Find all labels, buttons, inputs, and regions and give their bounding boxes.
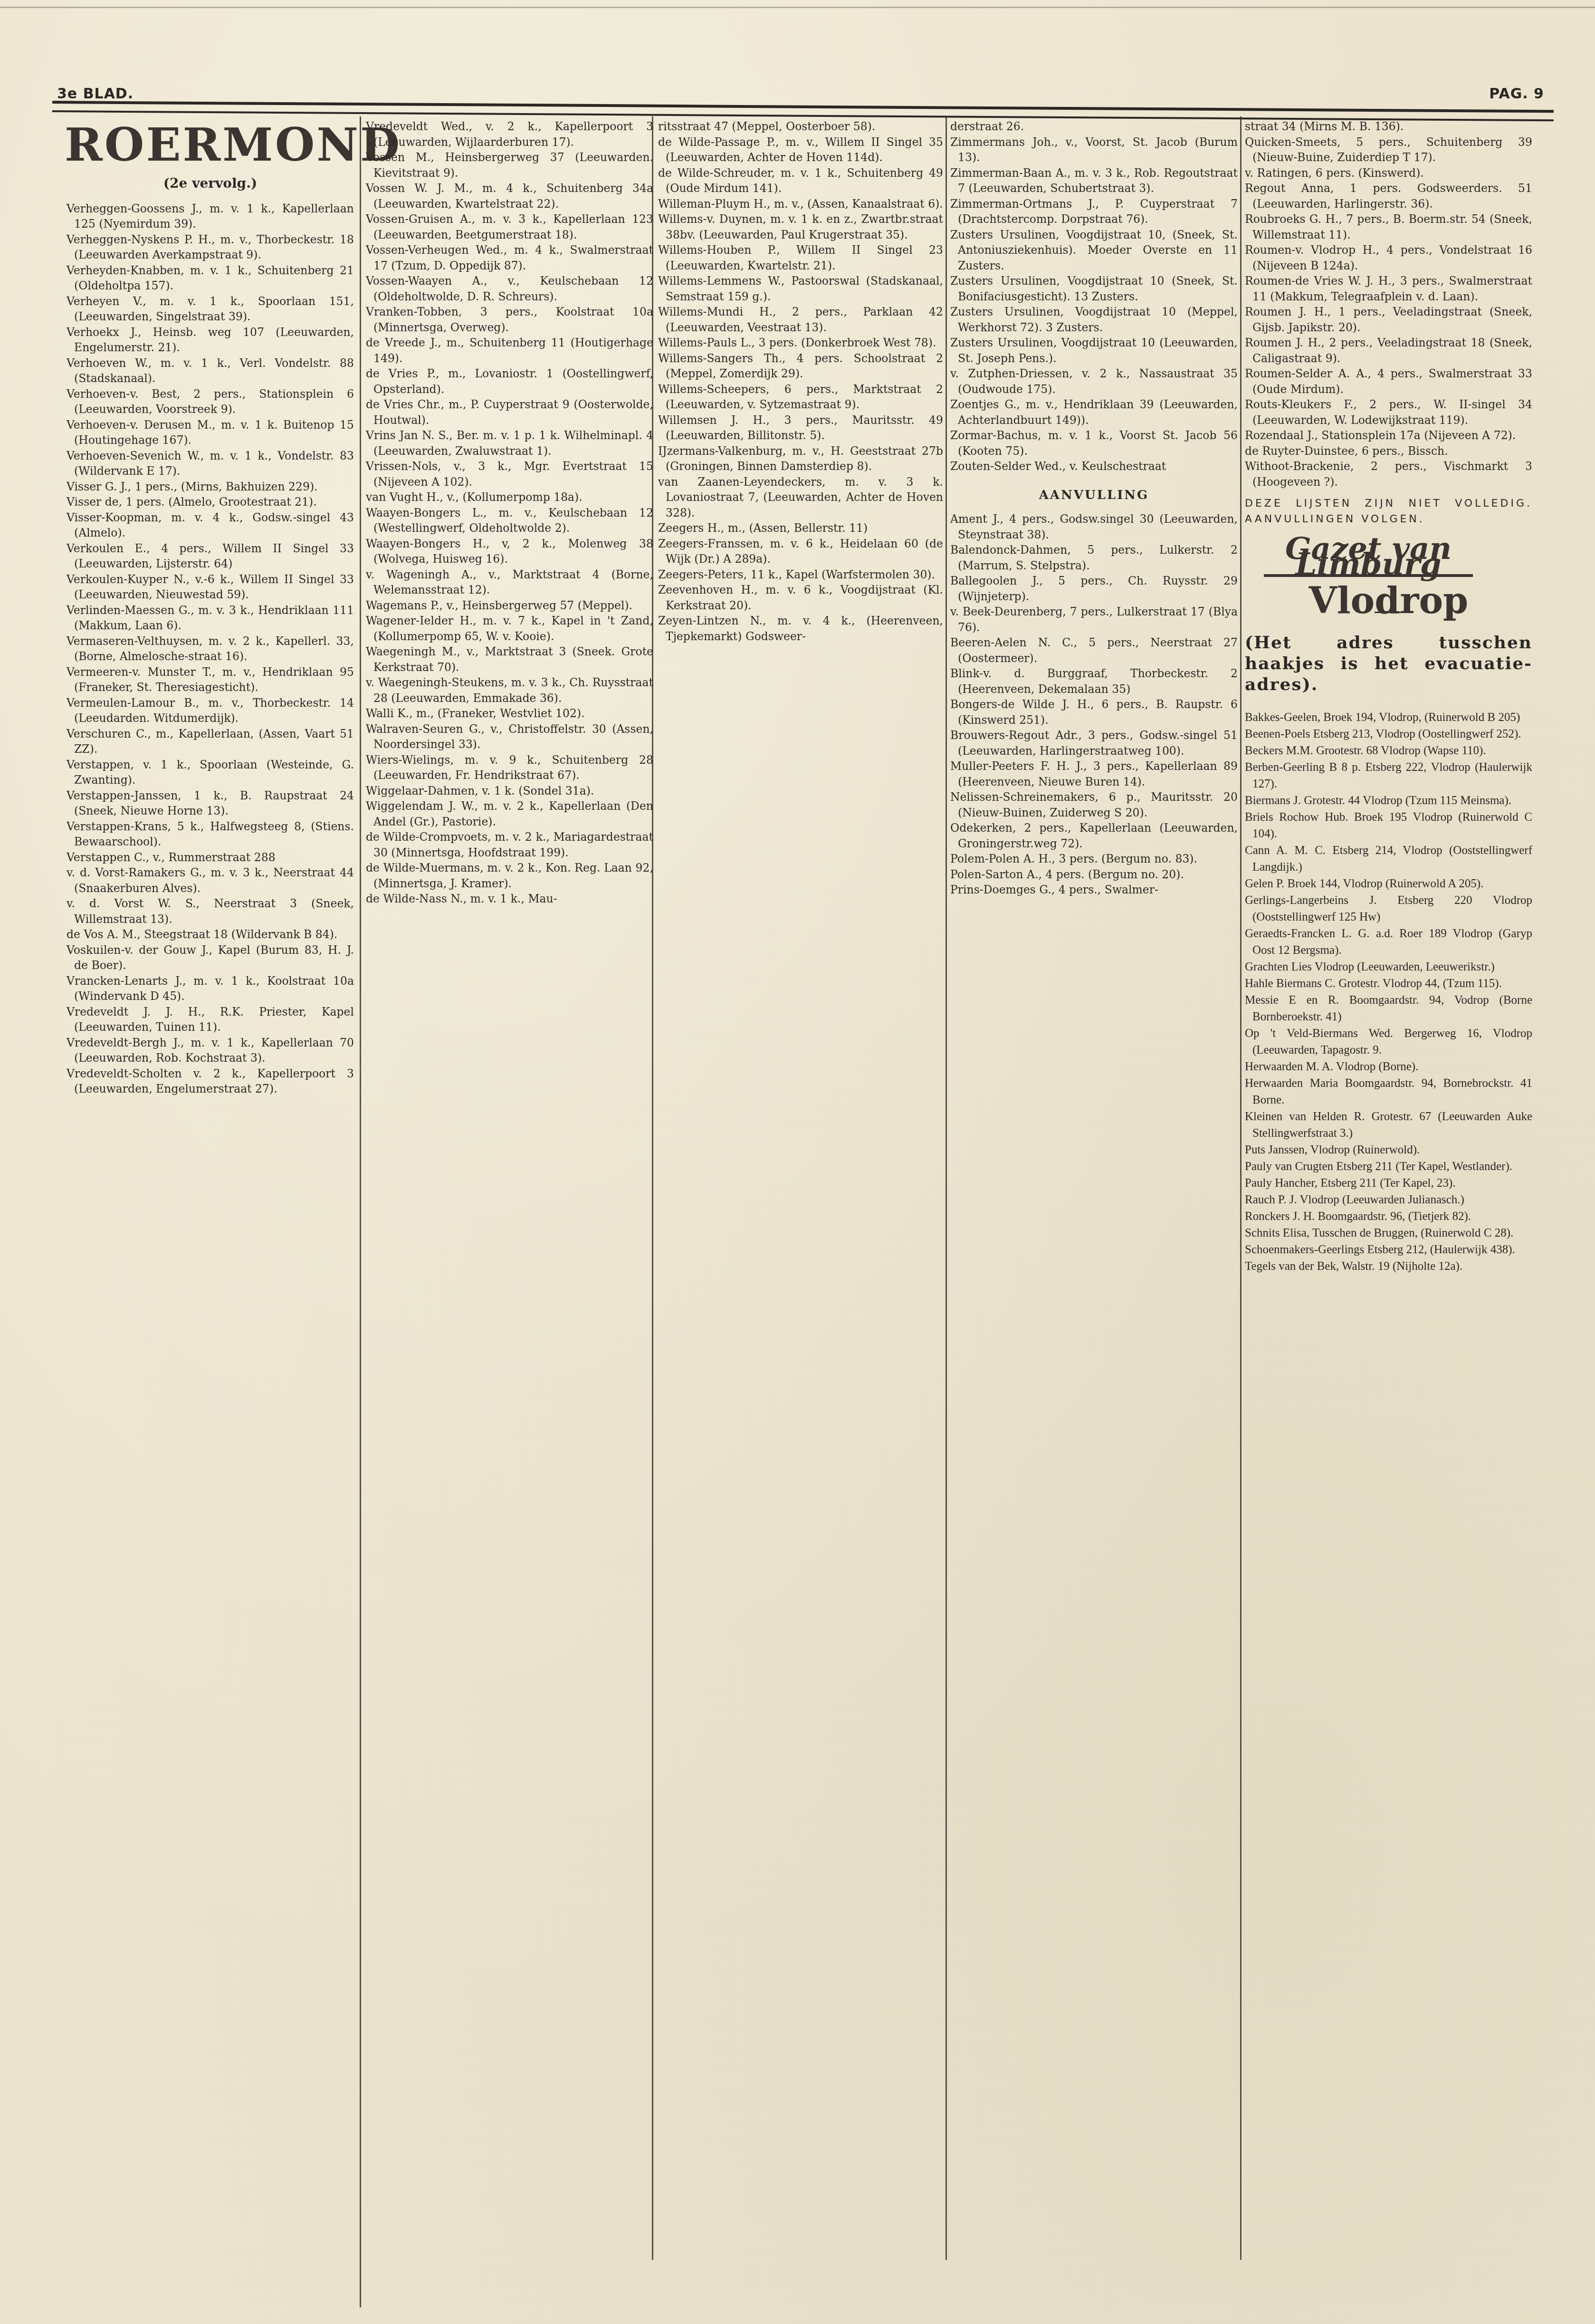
list-entry: Prins-Doemges G., 4 pers., Swalmer- xyxy=(950,882,1238,898)
list-entry: van Vught H., v., (Kollumerpomp 18a). xyxy=(366,490,653,505)
list-entry: Visser G. J., 1 pers., (Mirns, Bakhuizen… xyxy=(67,479,354,495)
list-entry: Cann A. M. C. Etsberg 214, Vlodrop (Oost… xyxy=(1245,842,1532,875)
list-entry: Herwaarden Maria Boomgaardstr. 94, Borne… xyxy=(1245,1075,1532,1108)
list-entry: de Ruyter-Duinstee, 6 pers., Bissch. xyxy=(1245,443,1532,459)
list-entry: Beenen-Poels Etsberg 213, Vlodrop (Ooste… xyxy=(1245,726,1532,742)
list-entry: Willems-Pauls L., 3 pers. (Donkerbroek W… xyxy=(658,335,943,351)
entry-list: straat 34 (Mirns M. B. 136).Quicken-Smee… xyxy=(1245,119,1532,490)
list-entry: Zormar-Bachus, m. v. 1 k., Voorst St. Ja… xyxy=(950,428,1238,459)
list-entry: Wagener-Ielder H., m. v. 7 k., Kapel in … xyxy=(366,613,653,644)
list-entry: Verheyen V., m. v. 1 k., Spoorlaan 151, … xyxy=(67,294,354,325)
list-entry: Vredeveldt-Bergh J., m. v. 1 k., Kapelle… xyxy=(67,1035,354,1066)
list-entry: Roumen-de Vries W. J. H., 3 pers., Swalm… xyxy=(1245,273,1532,304)
list-entry: Verstappen-Krans, 5 k., Halfwegsteeg 8, … xyxy=(67,819,354,850)
list-entry: Walli K., m., (Franeker, Westvliet 102). xyxy=(366,706,653,721)
list-entry: Willems-Houben P., Willem II Singel 23 (… xyxy=(658,242,943,273)
list-entry: Wiggelaar-Dahmen, v. 1 k. (Sondel 31a). xyxy=(366,783,653,799)
list-entry: Vossen-Waayen A., v., Keulschebaan 12 (O… xyxy=(366,273,653,304)
list-entry: de Wilde-Nass N., m. v. 1 k., Mau- xyxy=(366,891,653,907)
list-entry: de Vos A. M., Steegstraat 18 (Wildervank… xyxy=(67,927,354,942)
list-entry: Gelen P. Broek 144, Vlodrop (Ruinerwold … xyxy=(1245,875,1532,892)
section-title-roermond: ROERMOND xyxy=(65,119,354,171)
list-entry: Vermeulen-Lamour B., m. v., Thorbeckestr… xyxy=(67,695,354,726)
list-entry: Verkoulen E., 4 pers., Willem II Singel … xyxy=(67,541,354,572)
list-entry: v. Ratingen, 6 pers. (Kinswerd). xyxy=(1245,165,1532,181)
newspaper-page: 3e BLAD. PAG. 9 ROERMOND (2e vervolg.) V… xyxy=(0,0,1595,2324)
entry-list: Verheggen-Goossens J., m. v. 1 k., Kapel… xyxy=(67,201,354,1097)
list-entry: Zeevenhoven H., m. v. 6 k., Voogdijstraa… xyxy=(658,582,943,613)
list-entry: Bongers-de Wilde J. H., 6 pers., B. Raup… xyxy=(950,697,1238,728)
list-entry: Vrins Jan N. S., Ber. m. v. 1 p. 1 k. Wi… xyxy=(366,428,653,459)
list-entry: Visser-Koopman, m. v. 4 k., Godsw.-singe… xyxy=(67,510,354,541)
list-entry: Schnits Elisa, Tusschen de Bruggen, (Rui… xyxy=(1245,1225,1532,1241)
list-entry: de Wilde-Schreuder, m. v. 1 k., Schuiten… xyxy=(658,165,943,196)
list-entry: de Vreede J., m., Schuitenberg 11 (Houti… xyxy=(366,335,653,366)
list-entry: Verhoeven-Sevenich W., m. v. 1 k., Vonde… xyxy=(67,448,354,479)
list-entry: Zimmerman-Ortmans J., P. Cuyperstraat 7 … xyxy=(950,196,1238,227)
list-entry: Hahle Biermans C. Grotestr. Vlodrop 44, … xyxy=(1245,975,1532,992)
list-entry: Puts Janssen, Vlodrop (Ruinerwold). xyxy=(1245,1142,1532,1158)
list-entry: Roumen-v. Vlodrop H., 4 pers., Vondelstr… xyxy=(1245,242,1532,273)
list-entry: Willems-Lemmens W., Pastoorswal (Stadska… xyxy=(658,273,943,304)
list-entry: Zusters Ursulinen, Voogdijstraat 10 (Lee… xyxy=(950,335,1238,366)
section-head-aanvulling: AANVULLING xyxy=(950,488,1238,503)
section-title-vlodrop: Vlodrop xyxy=(1245,593,1532,609)
list-entry: Verhoekx J., Heinsb. weg 107 (Leeuwarden… xyxy=(67,325,354,355)
list-entry: Pauly Hancher, Etsberg 211 (Ter Kapel, 2… xyxy=(1245,1175,1532,1191)
list-entry: Vrancken-Lenarts J., m. v. 1 k., Koolstr… xyxy=(67,973,354,1004)
list-entry: Voskuilen-v. der Gouw J., Kapel (Burum 8… xyxy=(67,942,354,973)
list-entry: v. Zutphen-Driessen, v. 2 k., Nassaustra… xyxy=(950,366,1238,397)
list-entry: Briels Rochow Hub. Broek 195 Vlodrop (Ru… xyxy=(1245,809,1532,842)
list-entry: v. Wageningh A., v., Marktstraat 4 (Born… xyxy=(366,567,653,598)
list-entry: Brouwers-Regout Adr., 3 pers., Godsw.-si… xyxy=(950,728,1238,759)
list-entry: Vossen-Verheugen Wed., m. 4 k., Swalmers… xyxy=(366,242,653,273)
list-entry: Berben-Geerling B 8 p. Etsberg 222, Vlod… xyxy=(1245,759,1532,792)
list-entry: Verstappen C., v., Rummerstraat 288 xyxy=(67,850,354,865)
list-entry: Geraedts-Francken L. G. a.d. Roer 189 Vl… xyxy=(1245,925,1532,959)
list-entry: v. Beek-Deurenberg, 7 pers., Lulkerstraa… xyxy=(950,604,1238,635)
vlodrop-entry-list: Bakkes-Geelen, Broek 194, Vlodrop, (Ruin… xyxy=(1245,709,1532,1275)
list-entry: Verschuren C., m., Kapellerlaan, (Assen,… xyxy=(67,726,354,757)
list-entry: Vredeveldt Wed., v. 2 k., Kapellerpoort … xyxy=(366,119,653,150)
page-number: PAG. 9 xyxy=(1489,86,1544,102)
list-entry: Beckers M.M. Grootestr. 68 Vlodrop (Waps… xyxy=(1245,742,1532,759)
list-entry: Zoentjes G., m. v., Hendriklaan 39 (Leeu… xyxy=(950,397,1238,428)
list-entry: Verhoeven W., m. v. 1 k., Verl. Vondelst… xyxy=(67,355,354,386)
list-entry: Vossen-Gruisen A., m. v. 3 k., Kapellerl… xyxy=(366,211,653,242)
list-entry: Muller-Peeters F. H. J., 3 pers., Kapell… xyxy=(950,759,1238,789)
list-entry: Vossen W. J. M., m. 4 k., Schuitenberg 3… xyxy=(366,181,653,211)
list-entry: Bakkes-Geelen, Broek 194, Vlodrop, (Ruin… xyxy=(1245,709,1532,726)
list-entry: Zimmerman-Baan A., m. v. 3 k., Rob. Rego… xyxy=(950,165,1238,196)
list-entry: Pauly van Crugten Etsberg 211 (Ter Kapel… xyxy=(1245,1158,1532,1175)
list-entry: Visser de, 1 pers. (Almelo, Grootestraat… xyxy=(67,494,354,510)
list-entry: ritsstraat 47 (Meppel, Oosterboer 58). xyxy=(658,119,943,134)
list-entry: Wagemans P., v., Heinsbergerweg 57 (Mepp… xyxy=(366,598,653,614)
column-2: Vredeveldt Wed., v. 2 k., Kapellerpoort … xyxy=(366,119,653,907)
list-entry: Polen-Sarton A., 4 pers. (Bergum no. 20)… xyxy=(950,867,1238,883)
list-entry: Zeyen-Lintzen N., m. v. 4 k., (Heerenvee… xyxy=(658,613,943,644)
list-entry: Quicken-Smeets, 5 pers., Schuitenberg 39… xyxy=(1245,134,1532,165)
list-entry: Willemsen J. H., 3 pers., Mauritsstr. 49… xyxy=(658,413,943,443)
list-entry: Regout Anna, 1 pers. Godsweerders. 51 (L… xyxy=(1245,181,1532,211)
list-entry: Grachten Lies Vlodrop (Leeuwarden, Leeuw… xyxy=(1245,959,1532,975)
list-entry: de Wilde-Passage P., m. v., Willem II Si… xyxy=(658,134,943,165)
list-entry: Rozendaal J., Stationsplein 17a (Nijevee… xyxy=(1245,428,1532,443)
list-entry: Verheggen-Nyskens P. H., m. v., Thorbeck… xyxy=(67,232,354,263)
list-entry: Vossen M., Heinsbergerweg 37 (Leeuwarden… xyxy=(366,150,653,181)
list-entry: v. Waegeningh-Steukens, m. v. 3 k., Ch. … xyxy=(366,675,653,706)
list-entry: Waayen-Bongers H., v, 2 k., Molenweg 38 … xyxy=(366,536,653,567)
list-entry: Wiers-Wielings, m. v. 9 k., Schuitenberg… xyxy=(366,752,653,783)
list-entry: Ronckers J. H. Boomgaardstr. 96, (Tietje… xyxy=(1245,1208,1532,1225)
list-entry: Herwaarden M. A. Vlodrop (Borne). xyxy=(1245,1058,1532,1075)
list-entry: v. d. Vorst W. S., Neerstraat 3 (Sneek, … xyxy=(67,896,354,927)
aanvulling-entry-list: Ament J., 4 pers., Godsw.singel 30 (Leeu… xyxy=(950,511,1238,898)
list-entry: Zeegers H., m., (Assen, Bellerstr. 11) xyxy=(658,520,943,536)
list-entry: Willems-Mundi H., 2 pers., Parklaan 42 (… xyxy=(658,304,943,335)
list-entry: Willeman-Pluym H., m. v., (Assen, Kanaal… xyxy=(658,196,943,212)
list-entry: Balendonck-Dahmen, 5 pers., Lulkerstr. 2… xyxy=(950,542,1238,573)
sheet-number: 3e BLAD. xyxy=(57,86,134,102)
list-entry: Zouten-Selder Wed., v. Keulschestraat xyxy=(950,459,1238,474)
entry-list: ritsstraat 47 (Meppel, Oosterboer 58).de… xyxy=(658,119,943,644)
entry-list: derstraat 26.Zimmermans Joh., v., Voorst… xyxy=(950,119,1238,474)
list-entry: Verstappen-Janssen, 1 k., B. Raupstraat … xyxy=(67,788,354,819)
masthead-gazet-van-limburg: Gazet van Limburg xyxy=(1264,541,1473,577)
top-edge-rule xyxy=(0,7,1595,8)
list-entry: van Zaanen-Leyendeckers, m. v. 3 k. Lova… xyxy=(658,474,943,521)
list-entry: Vermaseren-Velthuysen, m. v. 2 k., Kapel… xyxy=(67,634,354,664)
list-entry: Willems-Scheepers, 6 pers., Marktstraat … xyxy=(658,382,943,413)
column-4: derstraat 26.Zimmermans Joh., v., Voorst… xyxy=(950,119,1238,898)
list-entry: Vredeveldt-Scholten v. 2 k., Kapellerpoo… xyxy=(67,1066,354,1097)
list-entry: Willems-Sangers Th., 4 pers. Schoolstraa… xyxy=(658,351,943,382)
list-entry: Waayen-Bongers L., m. v., Keulschebaan 1… xyxy=(366,505,653,536)
list-entry: Verheyden-Knabben, m. v. 1 k., Schuitenb… xyxy=(67,263,354,294)
list-entry: straat 34 (Mirns M. B. 136). xyxy=(1245,119,1532,134)
column-divider xyxy=(946,116,947,2260)
list-entry: IJzermans-Valkenburg, m. v., H. Geeststr… xyxy=(658,443,943,474)
list-entry: Willems-v. Duynen, m. v. 1 k. en z., Zwa… xyxy=(658,211,943,242)
list-entry: Polem-Polen A. H., 3 pers. (Bergum no. 8… xyxy=(950,851,1238,867)
list-entry: Biermans J. Grotestr. 44 Vlodrop (Tzum 1… xyxy=(1245,792,1532,809)
list-entry: Kleinen van Helden R. Grotestr. 67 (Leeu… xyxy=(1245,1108,1532,1142)
list-entry: Verhoeven-v. Best, 2 pers., Stationsplei… xyxy=(67,386,354,417)
list-entry: Vranken-Tobben, 3 pers., Koolstraat 10a … xyxy=(366,304,653,335)
list-entry: Schoenmakers-Geerlings Etsberg 212, (Hau… xyxy=(1245,1241,1532,1258)
list-entry: Verkoulen-Kuyper N., v.-6 k., Willem II … xyxy=(67,572,354,603)
list-entry: Ballegoolen J., 5 pers., Ch. Ruysstr. 29… xyxy=(950,573,1238,604)
list-entry: Ament J., 4 pers., Godsw.singel 30 (Leeu… xyxy=(950,511,1238,542)
list-entry: Vermeeren-v. Munster T., m. v., Hendrikl… xyxy=(67,664,354,695)
list-entry: Roumen J. H., 1 pers., Veeladingstraat (… xyxy=(1245,304,1532,335)
list-entry: de Vries Chr., m., P. Cuyperstraat 9 (Oo… xyxy=(366,397,653,428)
list-entry: Op 't Veld-Biermans Wed. Bergerweg 16, V… xyxy=(1245,1025,1532,1058)
list-entry: de Wilde-Crompvoets, m. v. 2 k., Mariaga… xyxy=(366,829,653,860)
list-entry: Nelissen-Schreinemakers, 6 p., Mauritsst… xyxy=(950,789,1238,820)
list-entry: Zusters Ursulinen, Voogdijstraat 10 (Mep… xyxy=(950,304,1238,335)
list-entry: Zusters Ursulinen, Voogdijstraat 10, (Sn… xyxy=(950,227,1238,274)
list-entry: Waegeningh M., v., Marktstraat 3 (Sneek.… xyxy=(366,644,653,675)
column-1: ROERMOND (2e vervolg.) Verheggen-Goossen… xyxy=(67,119,354,1097)
list-entry: Routs-Kleukers F., 2 pers., W. II-singel… xyxy=(1245,397,1532,428)
list-entry: Verhoeven-v. Derusen M., m. v. 1 k. Buit… xyxy=(67,417,354,448)
list-entry: de Vries P., m., Lovaniostr. 1 (Oostelli… xyxy=(366,366,653,397)
list-entry: Zusters Ursulinen, Voogdijstraat 10 (Sne… xyxy=(950,273,1238,304)
list-entry: Verstappen, v. 1 k., Spoorlaan (Westeind… xyxy=(67,757,354,788)
entry-list: Vredeveldt Wed., v. 2 k., Kapellerpoort … xyxy=(366,119,653,907)
list-entry: Wiggelendam J. W., m. v. 2 k., Kapellerl… xyxy=(366,798,653,829)
list-entry: Verheggen-Goossens J., m. v. 1 k., Kapel… xyxy=(67,201,354,232)
list-entry: Roubroeks G. H., 7 pers., B. Boerm.str. … xyxy=(1245,211,1532,242)
column-5: straat 34 (Mirns M. B. 136).Quicken-Smee… xyxy=(1245,119,1532,1275)
section-subtitle: (2e vervolg.) xyxy=(67,176,354,192)
list-entry: Verlinden-Maessen G., m. v. 3 k., Hendri… xyxy=(67,603,354,634)
list-entry: Messie E en R. Boomgaardstr. 94, Vodrop … xyxy=(1245,992,1532,1025)
list-entry: Blink-v. d. Burggraaf, Thorbeckestr. 2 (… xyxy=(950,666,1238,697)
list-entry: Vredeveldt J. J. H., R.K. Priester, Kape… xyxy=(67,1004,354,1035)
column-3: ritsstraat 47 (Meppel, Oosterboer 58).de… xyxy=(658,119,943,644)
section-intro: (Het adres tusschen haakjes is het evacu… xyxy=(1245,632,1532,695)
list-entry: Walraven-Seuren G., v., Christoffelstr. … xyxy=(366,721,653,752)
column-divider xyxy=(1240,116,1242,2260)
list-entry: Zeegers-Franssen, m. v. 6 k., Heidelaan … xyxy=(658,536,943,567)
list-entry: derstraat 26. xyxy=(950,119,1238,134)
list-entry: Tegels van der Bek, Walstr. 19 (Nijholte… xyxy=(1245,1258,1532,1275)
list-entry: de Wilde-Muermans, m. v. 2 k., Kon. Reg.… xyxy=(366,860,653,891)
list-entry: Gerlings-Langerbeins J. Etsberg 220 Vlod… xyxy=(1245,892,1532,925)
list-entry: Beeren-Aelen N. C., 5 pers., Neerstraat … xyxy=(950,635,1238,666)
list-entry: Roumen J. H., 2 pers., Veeladingstraat 1… xyxy=(1245,335,1532,366)
list-entry: Zeegers-Peters, 11 k., Kapel (Warfstermo… xyxy=(658,567,943,583)
list-entry: Zimmermans Joh., v., Voorst, St. Jacob (… xyxy=(950,134,1238,165)
list-entry: Roumen-Selder A. A., 4 pers., Swalmerstr… xyxy=(1245,366,1532,397)
column-divider xyxy=(360,116,361,2307)
list-entry: Withoot-Brackenie, 2 pers., Vischmarkt 3… xyxy=(1245,459,1532,490)
list-entry: Rauch P. J. Vlodrop (Leeuwarden Julianas… xyxy=(1245,1191,1532,1208)
list-entry: v. d. Vorst-Ramakers G., m. v. 3 k., Nee… xyxy=(67,865,354,896)
list-entry: Vrissen-Nols, v., 3 k., Mgr. Evertstraat… xyxy=(366,459,653,490)
list-entry: Odekerken, 2 pers., Kapellerlaan (Leeuwa… xyxy=(950,820,1238,851)
incomplete-list-notice: DEZE LIJSTEN ZIJN NIET VOLLEDIG. AANVULL… xyxy=(1245,496,1532,527)
